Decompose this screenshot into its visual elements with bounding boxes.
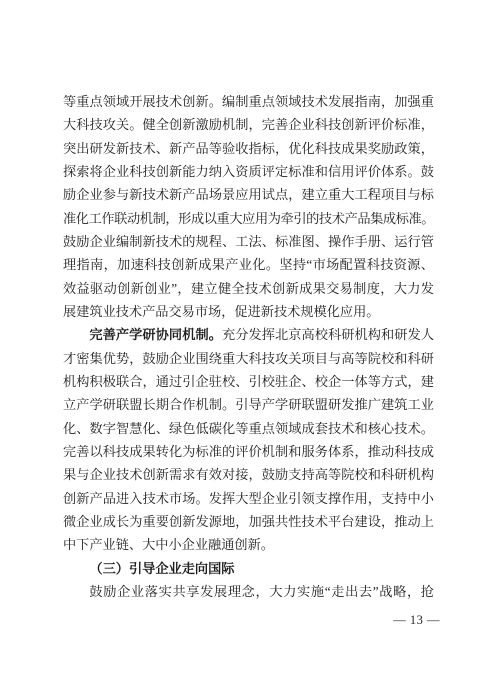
text-segment: 效益驱动创新创业”，建立健全技术创新成果交易制度，大力发	[63, 281, 434, 296]
text-line: 果与企业技术创新需求有效对接，鼓励支持高等院校和科研机构	[63, 463, 434, 486]
text-line: 才密集优势，鼓励企业围绕重大科技攻关项目与高等院校和科研	[63, 347, 434, 370]
text-line: 中下产业链、大中小企业融通创新。	[63, 533, 434, 556]
text-segment: 才密集优势，鼓励企业围绕重大科技攻关项目与高等院校和科研	[63, 351, 434, 366]
document-page: 等重点领域开展技术创新。编制重点领域技术发展指南，加强重大科技攻关。健全创新激励…	[0, 0, 495, 700]
text-line: （三）引导企业走向国际	[63, 557, 434, 580]
text-segment: 等重点领域开展技术创新。编制重点领域技术发展指南，加强重	[63, 94, 434, 109]
text-segment: 创新产品进入技术市场。发挥大型企业引领支撑作用，支持中小	[63, 491, 434, 506]
text-line: 理指南，加速科技创新成果产业化。坚持“市场配置科技资源、	[63, 253, 434, 276]
text-segment: 励企业参与新技术新产品场景应用试点，建立重大工程项目与标	[63, 187, 434, 202]
text-segment: 完善产学研协同机制。	[89, 327, 222, 342]
text-line: 鼓励企业编制新技术的规程、工法、标准图、操作手册、运行管	[63, 230, 434, 253]
text-segment: 理指南，加速科技创新成果产业化。坚持“市场配置科技资源、	[63, 257, 434, 272]
text-line: 效益驱动创新创业”，建立健全技术创新成果交易制度，大力发	[63, 277, 434, 300]
text-segment: 突出研发新技术、新产品等验收指标，优化科技成果奖励政策，	[63, 141, 434, 156]
text-segment: 探索将企业科技创新能力纳入资质评定标准和信用评价体系。鼓	[63, 164, 434, 179]
text-line: 立产学研联盟长期合作机制。引导产学研联盟研发推广建筑工业	[63, 393, 434, 416]
text-line: 准化工作联动机制，形成以重大应用为牵引的技术产品集成标准。	[63, 207, 434, 230]
text-segment: 机构积极联合，通过引企驻校、引校驻企、校企一体等方式，建	[63, 374, 434, 389]
text-segment: 准化工作联动机制，形成以重大应用为牵引的技术产品集成标准。	[63, 211, 434, 226]
text-segment: 展建筑业技术产品交易市场，促进新技术规模化应用。	[63, 304, 380, 319]
document-body: 等重点领域开展技术创新。编制重点领域技术发展指南，加强重大科技攻关。健全创新激励…	[63, 90, 434, 603]
page-number: — 13 —	[0, 613, 440, 628]
text-segment: 鼓励企业编制新技术的规程、工法、标准图、操作手册、运行管	[63, 234, 434, 249]
text-segment: 果与企业技术创新需求有效对接，鼓励支持高等院校和科研机构	[63, 467, 434, 482]
text-segment: 中下产业链、大中小企业融通创新。	[63, 537, 274, 552]
text-line: 等重点领域开展技术创新。编制重点领域技术发展指南，加强重	[63, 90, 434, 113]
text-line: 展建筑业技术产品交易市场，促进新技术规模化应用。	[63, 300, 434, 323]
text-segment: 微企业成长为重要创新发源地，加强共性技术平台建设，推动上	[63, 514, 434, 529]
text-line: 化、数字智慧化、绿色低碳化等重点领域成套技术和核心技术。	[63, 417, 434, 440]
text-line: 创新产品进入技术市场。发挥大型企业引领支撑作用，支持中小	[63, 487, 434, 510]
text-line: 机构积极联合，通过引企驻校、引校驻企、校企一体等方式，建	[63, 370, 434, 393]
text-line: 完善产学研协同机制。充分发挥北京高校科研机构和研发人	[63, 323, 434, 346]
text-line: 微企业成长为重要创新发源地，加强共性技术平台建设，推动上	[63, 510, 434, 533]
text-line: 探索将企业科技创新能力纳入资质评定标准和信用评价体系。鼓	[63, 160, 434, 183]
text-segment: 鼓励企业落实共享发展理念，大力实施“走出去”战略，抢	[89, 584, 434, 599]
text-line: 鼓励企业落实共享发展理念，大力实施“走出去”战略，抢	[63, 580, 434, 603]
text-line: 突出研发新技术、新产品等验收指标，优化科技成果奖励政策，	[63, 137, 434, 160]
text-line: 完善以科技成果转化为标准的评价机制和服务体系，推动科技成	[63, 440, 434, 463]
text-segment: 立产学研联盟长期合作机制。引导产学研联盟研发推广建筑工业	[63, 397, 434, 412]
text-line: 大科技攻关。健全创新激励机制，完善企业科技创新评价标准，	[63, 113, 434, 136]
text-segment: 化、数字智慧化、绿色低碳化等重点领域成套技术和核心技术。	[63, 421, 434, 436]
text-line: 励企业参与新技术新产品场景应用试点，建立重大工程项目与标	[63, 183, 434, 206]
text-segment: 充分发挥北京高校科研机构和研发人	[222, 327, 434, 342]
text-segment: 完善以科技成果转化为标准的评价机制和服务体系，推动科技成	[63, 444, 434, 459]
text-segment: （三）引导企业走向国际	[89, 561, 234, 576]
text-segment: 大科技攻关。健全创新激励机制，完善企业科技创新评价标准，	[63, 117, 434, 132]
